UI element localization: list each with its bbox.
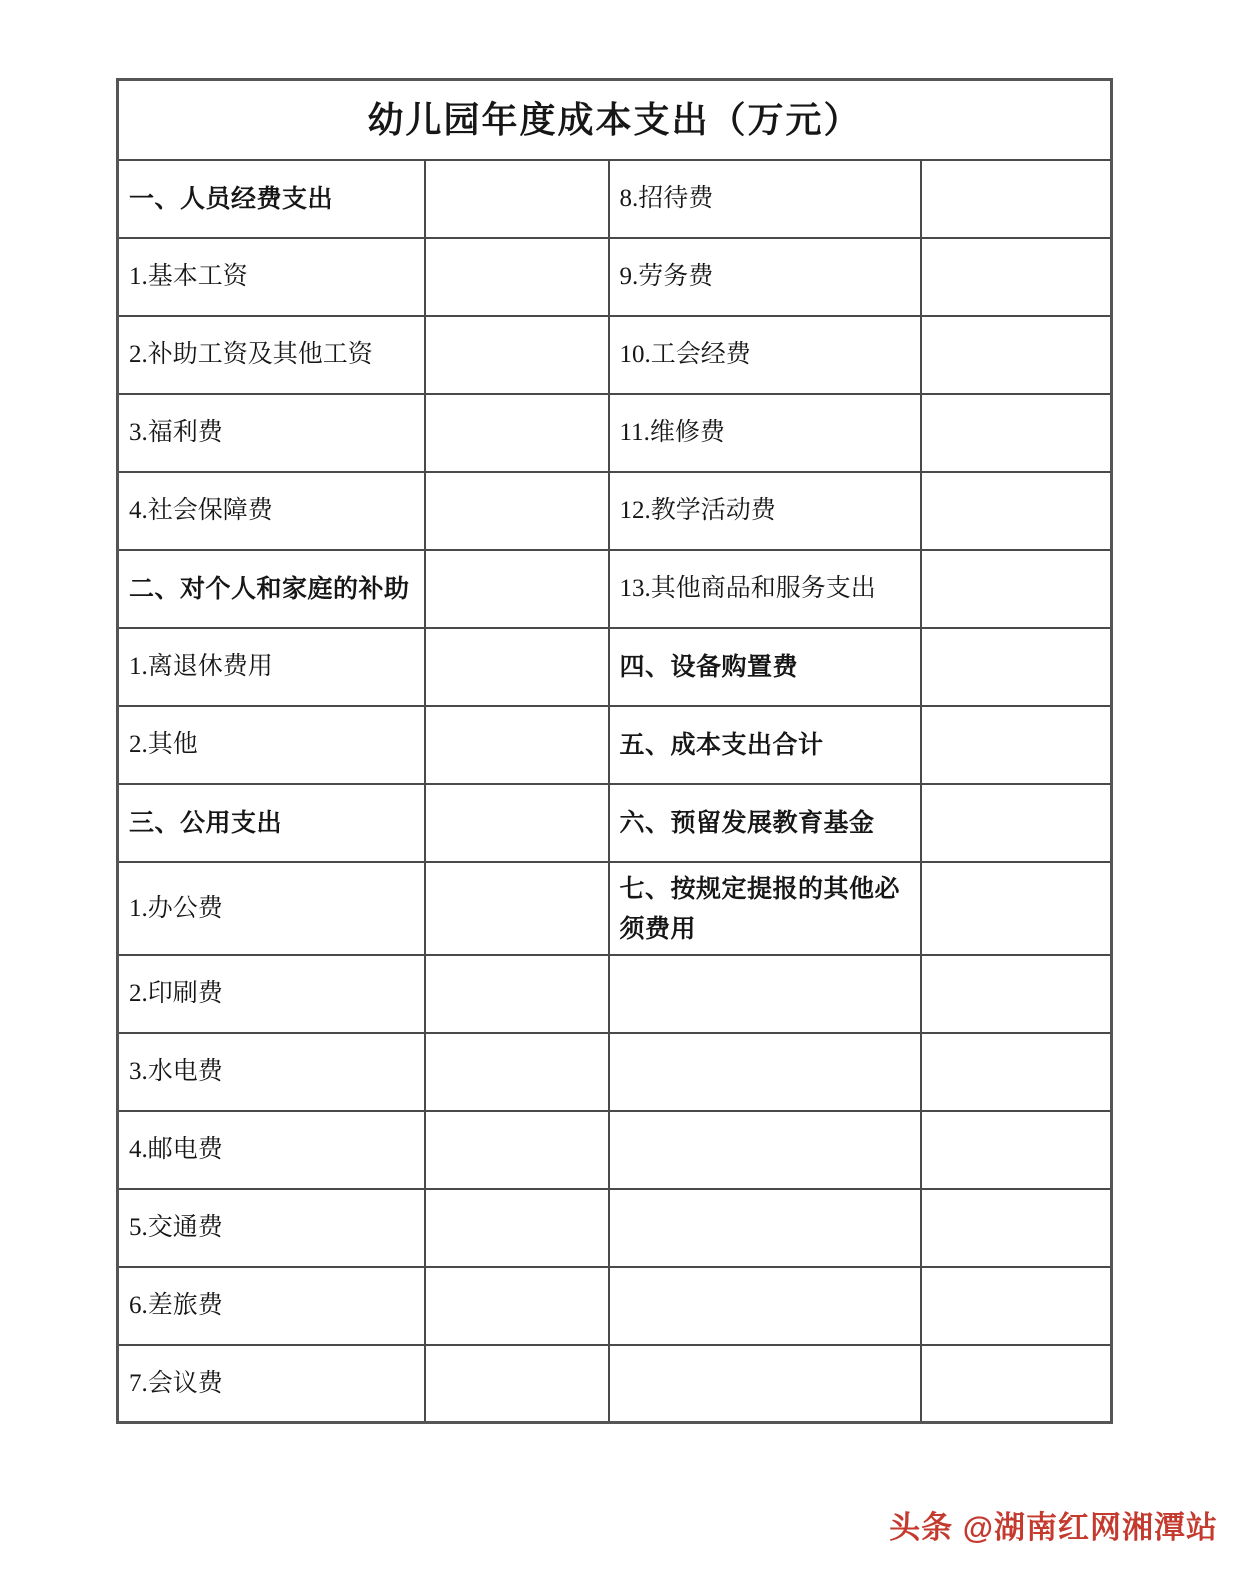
amount-right-cell bbox=[921, 862, 1112, 955]
amount-left-cell bbox=[425, 394, 609, 472]
expense-item-right-cell bbox=[609, 955, 921, 1033]
amount-left-cell bbox=[425, 1111, 609, 1189]
amount-left-cell bbox=[425, 550, 609, 628]
amount-left-cell bbox=[425, 1033, 609, 1111]
cost-table-body: 幼儿园年度成本支出（万元） 一、人员经费支出 8.招待费 1.基本工资 9.劳务… bbox=[118, 80, 1112, 1423]
expense-item-right-cell bbox=[609, 1189, 921, 1267]
amount-left-cell bbox=[425, 316, 609, 394]
expense-item-right-cell: 七、按规定提报的其他必须费用 bbox=[609, 862, 921, 955]
expense-item-right-cell: 9.劳务费 bbox=[609, 238, 921, 316]
table-row: 2.其他 五、成本支出合计 bbox=[118, 706, 1112, 784]
expense-item-right-cell: 12.教学活动费 bbox=[609, 472, 921, 550]
cost-expenditure-table: 幼儿园年度成本支出（万元） 一、人员经费支出 8.招待费 1.基本工资 9.劳务… bbox=[116, 78, 1113, 1424]
expense-item-left-cell: 3.福利费 bbox=[118, 394, 425, 472]
table-row: 一、人员经费支出 8.招待费 bbox=[118, 160, 1112, 238]
amount-right-cell bbox=[921, 316, 1112, 394]
amount-right-cell bbox=[921, 1111, 1112, 1189]
amount-left-cell bbox=[425, 472, 609, 550]
expense-item-right-cell bbox=[609, 1033, 921, 1111]
expense-item-left-cell: 1.办公费 bbox=[118, 862, 425, 955]
amount-right-cell bbox=[921, 1267, 1112, 1345]
amount-right-cell bbox=[921, 160, 1112, 238]
amount-left-cell bbox=[425, 160, 609, 238]
table-row: 4.社会保障费 12.教学活动费 bbox=[118, 472, 1112, 550]
table-row: 2.印刷费 bbox=[118, 955, 1112, 1033]
expense-item-right-cell: 五、成本支出合计 bbox=[609, 706, 921, 784]
amount-right-cell bbox=[921, 1345, 1112, 1423]
amount-right-cell bbox=[921, 472, 1112, 550]
table-row: 4.邮电费 bbox=[118, 1111, 1112, 1189]
amount-left-cell bbox=[425, 784, 609, 862]
expense-item-right-cell: 13.其他商品和服务支出 bbox=[609, 550, 921, 628]
expense-item-left-cell: 1.基本工资 bbox=[118, 238, 425, 316]
table-row: 7.会议费 bbox=[118, 1345, 1112, 1423]
expense-item-left-cell: 7.会议费 bbox=[118, 1345, 425, 1423]
expense-item-left-cell: 5.交通费 bbox=[118, 1189, 425, 1267]
amount-left-cell bbox=[425, 1345, 609, 1423]
table-row: 二、对个人和家庭的补助 13.其他商品和服务支出 bbox=[118, 550, 1112, 628]
expense-item-left-cell: 6.差旅费 bbox=[118, 1267, 425, 1345]
expense-item-left-cell: 2.补助工资及其他工资 bbox=[118, 316, 425, 394]
amount-right-cell bbox=[921, 1189, 1112, 1267]
table-row: 1.离退休费用 四、设备购置费 bbox=[118, 628, 1112, 706]
table-row: 2.补助工资及其他工资 10.工会经费 bbox=[118, 316, 1112, 394]
expense-item-left-cell: 1.离退休费用 bbox=[118, 628, 425, 706]
expense-item-left-cell: 2.其他 bbox=[118, 706, 425, 784]
expense-item-right-cell bbox=[609, 1267, 921, 1345]
table-row: 5.交通费 bbox=[118, 1189, 1112, 1267]
table-row: 1.办公费 七、按规定提报的其他必须费用 bbox=[118, 862, 1112, 955]
table-row: 6.差旅费 bbox=[118, 1267, 1112, 1345]
amount-left-cell bbox=[425, 862, 609, 955]
amount-right-cell bbox=[921, 1033, 1112, 1111]
amount-right-cell bbox=[921, 394, 1112, 472]
expense-item-left-cell: 3.水电费 bbox=[118, 1033, 425, 1111]
amount-right-cell bbox=[921, 628, 1112, 706]
amount-left-cell bbox=[425, 238, 609, 316]
expense-item-right-cell: 六、预留发展教育基金 bbox=[609, 784, 921, 862]
amount-left-cell bbox=[425, 955, 609, 1033]
amount-left-cell bbox=[425, 628, 609, 706]
amount-right-cell bbox=[921, 238, 1112, 316]
expense-item-left-cell: 一、人员经费支出 bbox=[118, 160, 425, 238]
table-row: 3.水电费 bbox=[118, 1033, 1112, 1111]
table-row: 三、公用支出 六、预留发展教育基金 bbox=[118, 784, 1112, 862]
amount-right-cell bbox=[921, 550, 1112, 628]
document-page: 幼儿园年度成本支出（万元） 一、人员经费支出 8.招待费 1.基本工资 9.劳务… bbox=[0, 0, 1240, 1572]
expense-item-left-cell: 2.印刷费 bbox=[118, 955, 425, 1033]
expense-item-right-cell bbox=[609, 1111, 921, 1189]
expense-item-right-cell: 四、设备购置费 bbox=[609, 628, 921, 706]
watermark-text: 头条 @湖南红网湘潭站 bbox=[889, 1502, 1218, 1547]
table-row: 3.福利费 11.维修费 bbox=[118, 394, 1112, 472]
amount-left-cell bbox=[425, 1267, 609, 1345]
expense-item-right-cell: 8.招待费 bbox=[609, 160, 921, 238]
amount-right-cell bbox=[921, 955, 1112, 1033]
expense-item-left-cell: 4.邮电费 bbox=[118, 1111, 425, 1189]
expense-item-left-cell: 二、对个人和家庭的补助 bbox=[118, 550, 425, 628]
expense-item-left-cell: 三、公用支出 bbox=[118, 784, 425, 862]
table-row: 1.基本工资 9.劳务费 bbox=[118, 238, 1112, 316]
amount-left-cell bbox=[425, 1189, 609, 1267]
expense-item-right-cell: 10.工会经费 bbox=[609, 316, 921, 394]
amount-right-cell bbox=[921, 784, 1112, 862]
page-title: 幼儿园年度成本支出（万元） bbox=[118, 80, 1112, 160]
expense-item-left-cell: 4.社会保障费 bbox=[118, 472, 425, 550]
amount-left-cell bbox=[425, 706, 609, 784]
expense-item-right-cell: 11.维修费 bbox=[609, 394, 921, 472]
expense-item-right-cell bbox=[609, 1345, 921, 1423]
amount-right-cell bbox=[921, 706, 1112, 784]
table-title-row: 幼儿园年度成本支出（万元） bbox=[118, 80, 1112, 160]
